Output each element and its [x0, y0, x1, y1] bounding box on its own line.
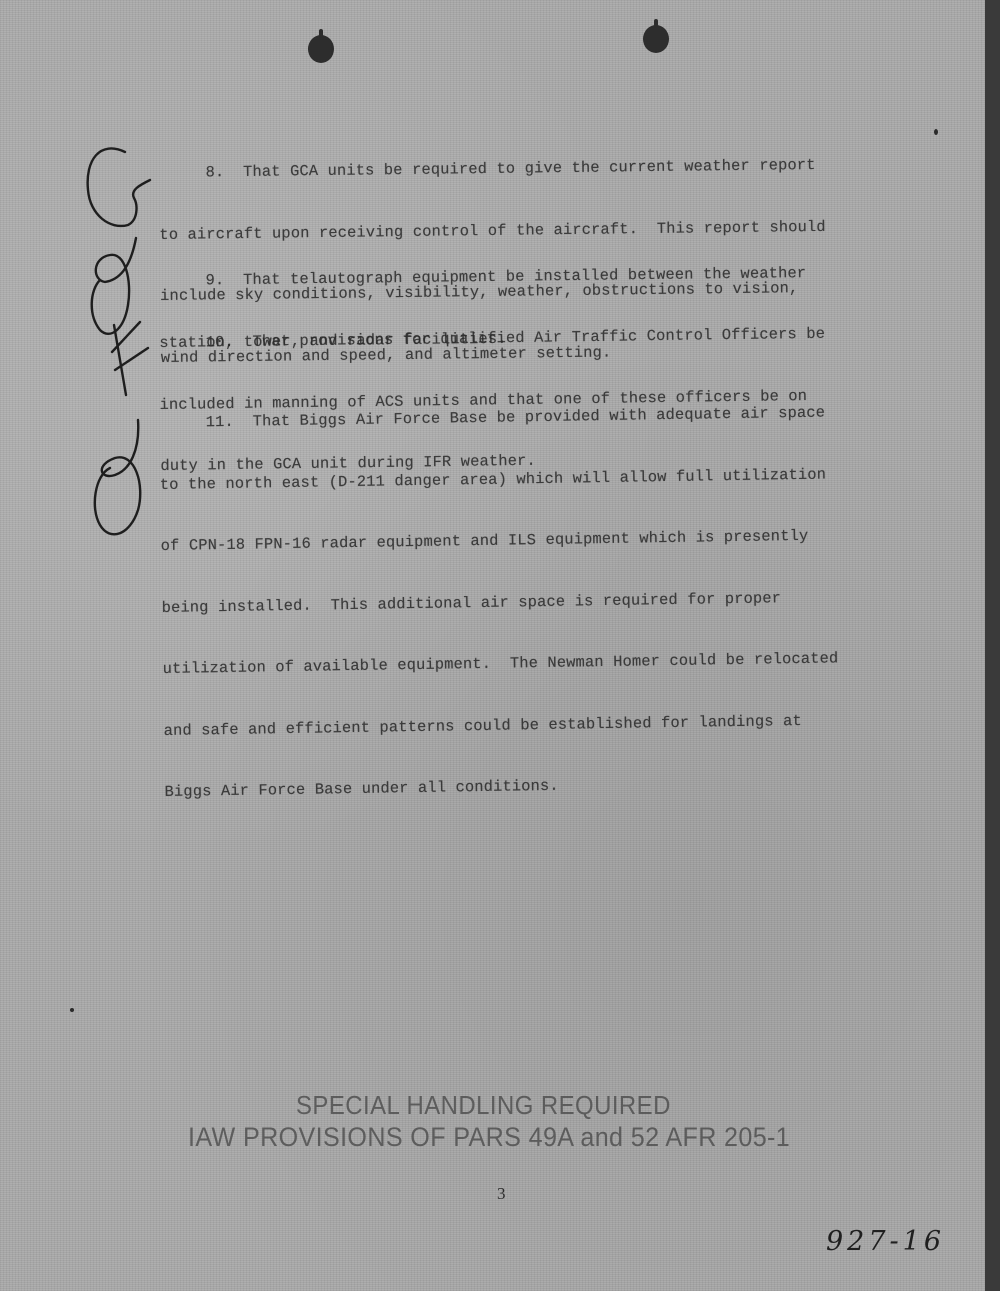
paragraph-11-line: 11. That Biggs Air Force Base be provide…	[159, 401, 899, 433]
paragraph-11-line: to the north east (D-211 danger area) wh…	[160, 463, 900, 495]
paragraph-11-line: Biggs Air Force Base under all condition…	[164, 770, 904, 802]
scan-edge-border	[985, 0, 1000, 1291]
paragraph-11-line: and safe and efficient patterns could be…	[163, 709, 903, 741]
punch-hole-left	[308, 35, 334, 63]
speck-mark	[934, 129, 938, 135]
punch-hole-right	[643, 25, 669, 53]
paragraph-11: 11. That Biggs Air Force Base be provide…	[158, 360, 905, 843]
speck-mark	[70, 1008, 74, 1012]
paragraph-11-line: being installed. This additional air spa…	[162, 586, 902, 618]
paragraph-10-line: 10. That provisions for qualified Air Tr…	[159, 323, 899, 354]
paragraph-8-line: 8. That GCA units be required to give th…	[159, 154, 899, 184]
page-number: 3	[497, 1184, 506, 1204]
handwritten-reference-number: 927-16	[826, 1226, 945, 1257]
document-page: 8. That GCA units be required to give th…	[0, 0, 985, 1291]
paragraph-11-line: utilization of available equipment. The …	[163, 647, 903, 679]
paragraph-11-line: of CPN-18 FPN-16 radar equipment and ILS…	[161, 524, 901, 556]
handwritten-initials-icon	[70, 130, 160, 550]
special-handling-stamp-line2: IAW PROVISIONS OF PARS 49A and 52 AFR 20…	[188, 1122, 790, 1153]
special-handling-stamp-line1: SPECIAL HANDLING REQUIRED	[296, 1090, 671, 1121]
